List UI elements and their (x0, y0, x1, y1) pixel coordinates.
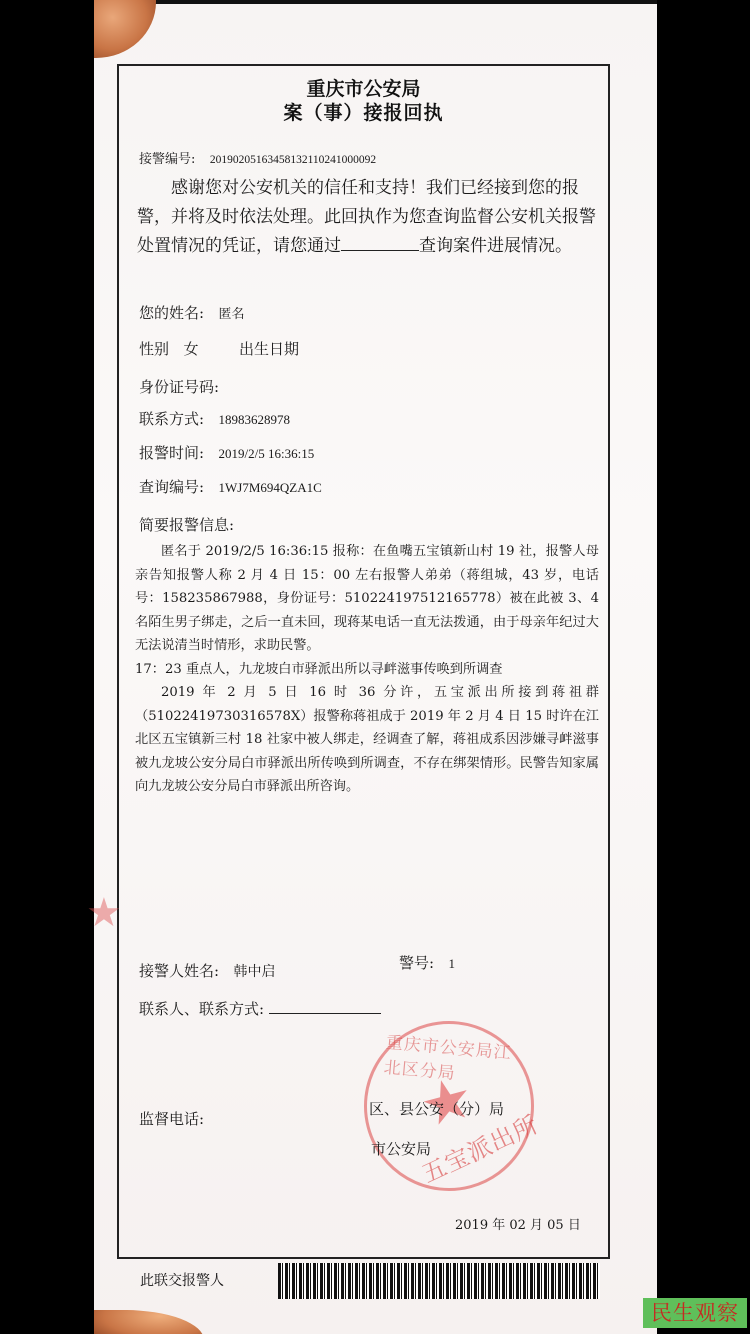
id-row: 身份证号码: (139, 376, 219, 397)
query-number-row: 查询编号: 1WJ7M694QZA1C (139, 476, 322, 497)
badge-value: 1 (449, 956, 456, 971)
city-bureau: 市公安局 (371, 1138, 431, 1159)
partial-seal-left: ★ (86, 890, 136, 1040)
badge-label: 警号: (399, 954, 434, 972)
contact-person-blank (269, 999, 381, 1014)
supervision-phone-row: 监督电话: (139, 1108, 204, 1129)
badge-row: 警号: 1 (399, 952, 455, 973)
name-row: 您的姓名: 匿名 (139, 302, 245, 323)
officer-row: 接警人姓名: 韩中启 (139, 960, 276, 981)
officer-name-label: 接警人姓名: (139, 962, 219, 980)
officer-name-value: 韩中启 (234, 965, 276, 980)
report-time-label: 报警时间: (139, 444, 204, 462)
receipt-number-label: 接警编号: (139, 152, 195, 167)
barcode (278, 1263, 600, 1299)
id-label: 身份证号码: (139, 378, 219, 396)
receipt-number-value: 20190205163458132110241000092 (210, 154, 376, 166)
agency-title: 重庆市公安局 (119, 74, 608, 101)
supervision-phone-label: 监督电话: (139, 1110, 204, 1128)
receipt-form: 重庆市公安局 案（事）接报回执 接警编号: 201902051634581321… (117, 64, 610, 1259)
footer-note: 此联交报警人 (140, 1270, 224, 1290)
summary-paragraph: 17：23 重点人，九龙坡白市驿派出所以寻衅滋事传唤到所调查 (135, 658, 599, 682)
issue-date: 2019 年 02 月 05 日 (455, 1214, 581, 1233)
report-time-row: 报警时间: 2019/2/5 16:36:15 (139, 442, 314, 463)
intro-text-end: 查询案件进展情况。 (419, 236, 572, 256)
name-label: 您的姓名: (139, 304, 204, 322)
contact-value: 18983628978 (219, 412, 291, 427)
contact-label: 联系方式: (139, 410, 204, 428)
contact-person-label: 联系人、联系方式: (139, 1000, 264, 1018)
name-value: 匿名 (219, 306, 245, 321)
receipt-number-row: 接警编号: 20190205163458132110241000092 (139, 148, 376, 167)
contact-row: 联系方式: 18983628978 (139, 408, 290, 429)
gender-dob-row: 性别 女 出生日期 (139, 338, 299, 359)
report-time-value: 2019/2/5 16:36:15 (219, 446, 315, 461)
district-bureau: 区、县公安（分）局 (369, 1098, 504, 1119)
query-number-label: 查询编号: (139, 478, 204, 496)
dob-label: 出生日期 (239, 340, 299, 358)
summary-paragraph: 2019 年 2 月 5 日 16 时 36 分许，五宝派出所接到蒋祖群（510… (135, 681, 599, 799)
watermark-badge: 民生观察 (643, 1298, 747, 1328)
form-title: 案（事）接报回执 (119, 98, 608, 125)
contact-person-row: 联系人、联系方式: (139, 998, 381, 1019)
query-method-blank (341, 236, 419, 251)
summary-title: 简要报警信息: (139, 514, 234, 535)
summary-paragraph: 匿名于 2019/2/5 16:36:15 报称：在鱼嘴五宝镇新山村 19 社，… (135, 540, 599, 658)
gender-value: 女 (183, 340, 198, 358)
summary-body: 匿名于 2019/2/5 16:36:15 报称：在鱼嘴五宝镇新山村 19 社，… (135, 540, 599, 799)
intro-paragraph: 感谢您对公安机关的信任和支持！我们已经接到您的报警，并将及时依法处理。此回执作为… (137, 174, 597, 261)
gender-label: 性别 (139, 340, 169, 358)
query-number-value: 1WJ7M694QZA1C (219, 480, 322, 495)
